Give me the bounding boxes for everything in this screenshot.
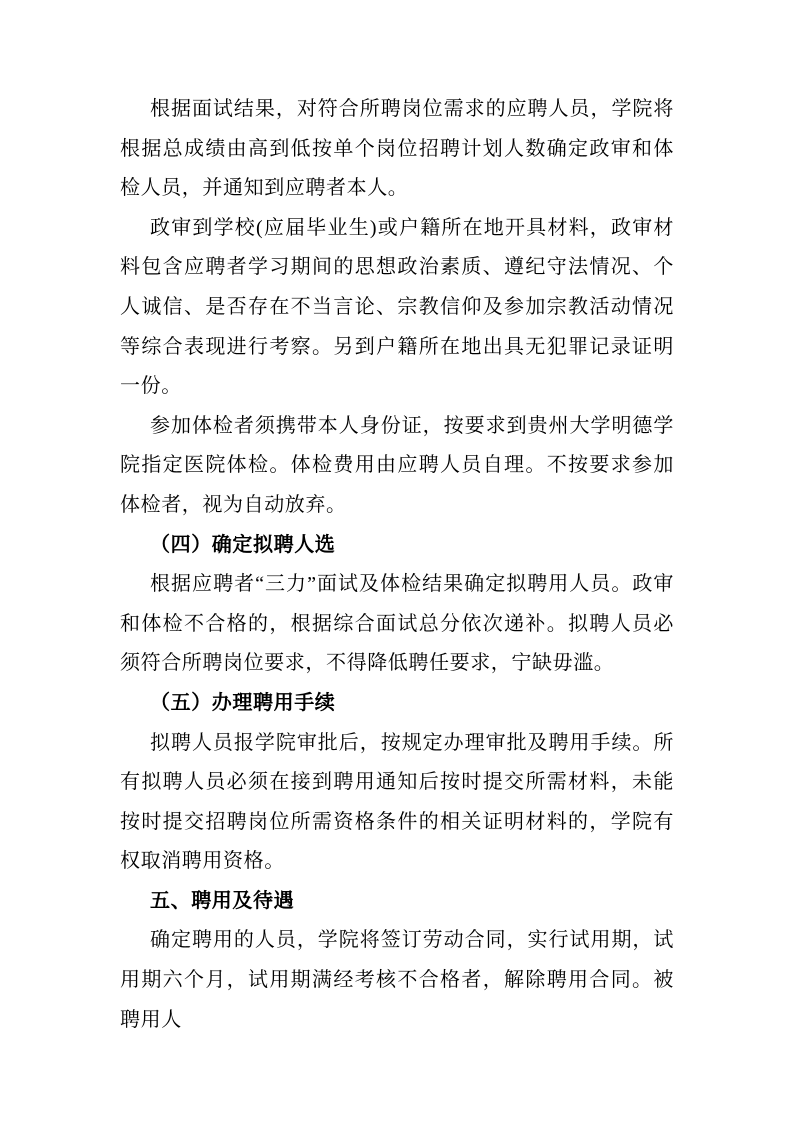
section-heading-5-procedures: （五）办理聘用手续 <box>120 684 674 724</box>
paragraph-candidate-selection: 根据应聘者“三力”面试及体检结果确定拟聘用人员。政审和体检不合格的，根据综合面试… <box>120 565 674 684</box>
section-heading-employment: 五、聘用及待遇 <box>120 882 674 922</box>
section-heading-4-candidates: （四）确定拟聘人选 <box>120 526 674 566</box>
paragraph-physical-exam: 参加体检者须携带本人身份证，按要求到贵州大学明德学院指定医院体检。体检费用由应聘… <box>120 407 674 526</box>
paragraph-hiring-procedures: 拟聘人员报学院审批后，按规定办理审批及聘用手续。所有拟聘人员必须在接到聘用通知后… <box>120 724 674 882</box>
paragraph-interview-result: 根据面试结果，对符合所聘岗位需求的应聘人员，学院将根据总成绩由高到低按单个岗位招… <box>120 90 674 209</box>
paragraph-political-review: 政审到学校(应届毕业生)或户籍所在地开具材料，政审材料包含应聘者学习期间的思想政… <box>120 209 674 407</box>
document-body: 根据面试结果，对符合所聘岗位需求的应聘人员，学院将根据总成绩由高到低按单个岗位招… <box>120 90 674 1040</box>
paragraph-employment-terms: 确定聘用的人员，学院将签订劳动合同，实行试用期，试用期六个月，试用期满经考核不合… <box>120 921 674 1040</box>
document-page: 根据面试结果，对符合所聘岗位需求的应聘人员，学院将根据总成绩由高到低按单个岗位招… <box>0 0 793 1122</box>
